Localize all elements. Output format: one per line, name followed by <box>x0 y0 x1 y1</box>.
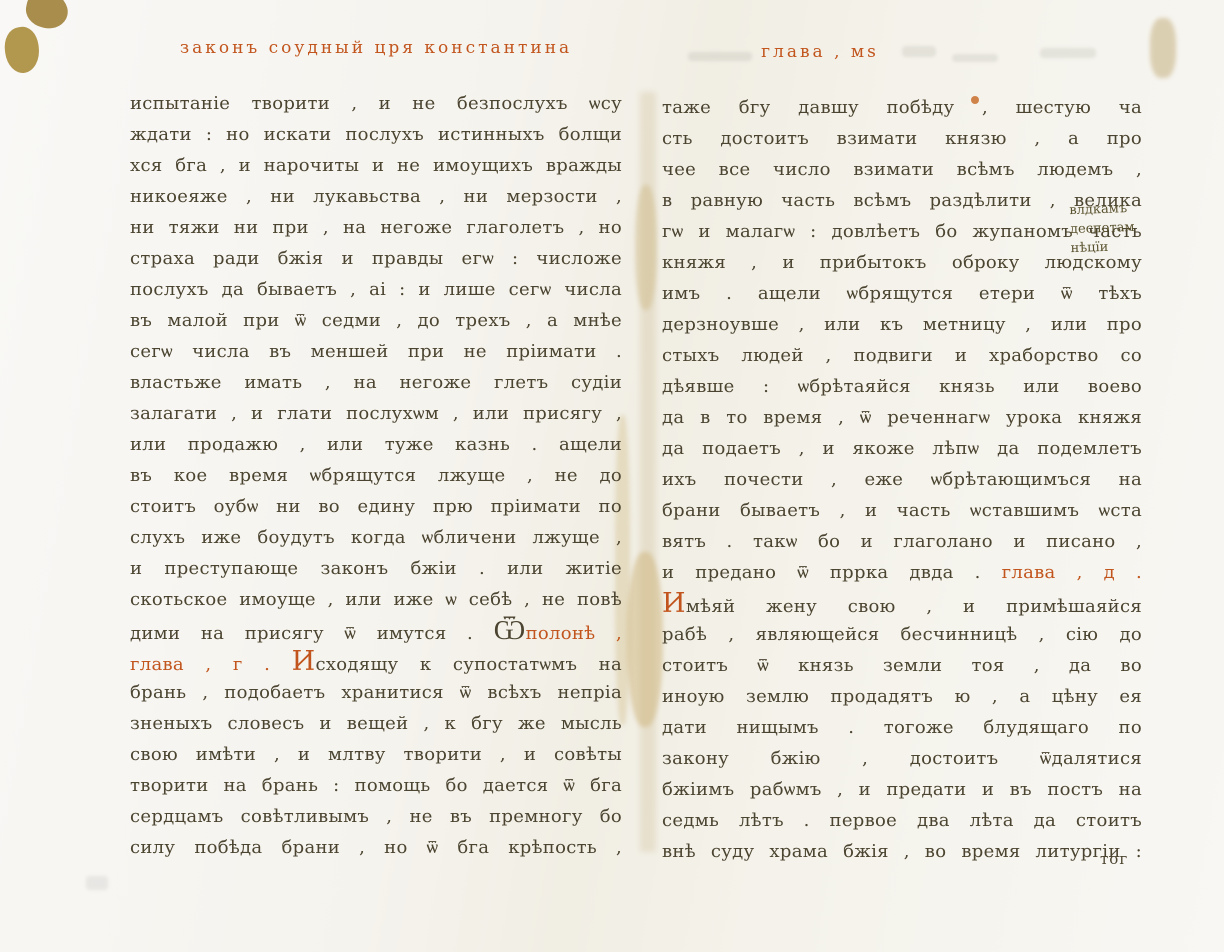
body-text: стыхъ людей , подвиги и храборство со <box>662 345 1142 366</box>
body-text: дѣявше : ѡбрѣтаяйся князь или воево <box>662 376 1142 397</box>
body-text: страха ради бжія и правды егѡ : числоже <box>130 248 622 269</box>
text-line: послухъ да бываетъ , аі : и лише сегѡ чи… <box>130 274 622 305</box>
rubric-text: полонѣ , <box>526 623 622 644</box>
body-text: закону бжію , достоитъ ѿдалятися <box>662 748 1142 769</box>
text-line: дати нищымъ . тогоже блудящаго по <box>662 712 1142 743</box>
body-text: сть достоитъ взимати князю , а про <box>662 128 1142 149</box>
text-line: творити на брань : помощь бо дается ѿ бг… <box>130 770 622 801</box>
text-line: испытаніе творити , и не безпослухъ ѡсу <box>130 88 622 119</box>
body-text: стоитъ ѿ князь земли тоя , да во <box>662 655 1142 676</box>
text-line: сегѡ числа въ меншей при не пріимати . <box>130 336 622 367</box>
body-text: сегѡ числа въ меншей при не пріимати . <box>130 341 622 362</box>
text-line: закону бжію , достоитъ ѿдалятися <box>662 743 1142 774</box>
body-text: брани бываетъ , и часть ѡставшимъ ѡста <box>662 500 1142 521</box>
rubric-text: глава , д . <box>1002 562 1142 583</box>
body-text: сходящу к супостатѡмъ на <box>315 654 622 675</box>
body-text: и предано ѿ пррка двда . <box>662 562 1002 583</box>
body-text: ихъ почести , еже ѡбрѣтающимъся на <box>662 469 1142 490</box>
text-line: имъ . ащели ѡбрящутся етери ѿ тѣхъ <box>662 278 1142 309</box>
body-text: мѣяй жену свою , и примѣшаяйся <box>686 596 1142 617</box>
text-line: бжіимъ рабѡмъ , и предати и въ постъ на <box>662 774 1142 805</box>
body-text: рабѣ , являющейся бесчинницѣ , сію до <box>662 624 1142 645</box>
body-text: послухъ да бываетъ , аі : и лише сегѡ чи… <box>130 279 622 300</box>
text-line: и предано ѿ пррка двда . глава , д . <box>662 557 1142 588</box>
margin-annotation-line: влдкамъ <box>1069 199 1134 220</box>
text-line: хся бга , и нарочиты и не имоущихъ вражд… <box>130 150 622 181</box>
right-page-chapter-heading: глава , мѕ <box>700 42 940 62</box>
body-text: дерзноувше , или къ метницу , или про <box>662 314 1142 335</box>
torn-paper-fragment <box>23 0 72 32</box>
torn-paper-fragment <box>2 25 42 75</box>
body-text: иноую землю продадятъ ю , а цѣну ея <box>662 686 1142 707</box>
rubric-text: И <box>292 646 316 677</box>
text-line: глава , г . Исходящу к супостатѡмъ на <box>130 646 622 677</box>
text-line: въ малой при ѿ седми , до трехъ , а мнѣе <box>130 305 622 336</box>
text-line: силу побѣда брани , но ѿ бга крѣпость , <box>130 832 622 863</box>
text-line: и преступающе законъ бжіи . или житіе <box>130 553 622 584</box>
body-text: властьже имать , на негоже глетъ судіи <box>130 372 622 393</box>
text-line: чее все число взимати всѣмъ людемъ , <box>662 154 1142 185</box>
ink-smudge <box>952 54 998 62</box>
margin-annotation: влдкамъдеспотамнѣцїи <box>1069 199 1135 258</box>
text-line: сердцамъ совѣтливымъ , не въ премногу бо <box>130 801 622 832</box>
body-text: въ малой при ѿ седми , до трехъ , а мнѣе <box>130 310 622 331</box>
gutter-stain <box>635 185 657 310</box>
margin-annotation-line: деспотам <box>1070 218 1135 239</box>
text-line: таже бгу давшу побѣду , шестую ча <box>662 92 1142 123</box>
body-text: никоеяже , ни лукавьства , ни мерзости , <box>130 186 622 207</box>
text-line: ждати : но искати послухъ истинныхъ болщ… <box>130 119 622 150</box>
body-text: брань , подобаетъ хранитися ѿ всѣхъ непр… <box>130 682 622 703</box>
text-line: слухъ иже боудутъ когда ѡбличени лжуще , <box>130 522 622 553</box>
left-page-text-block: испытаніе творити , и не безпослухъ ѡсуж… <box>130 88 622 863</box>
text-line: или продажю , или туже казнь . ащели <box>130 429 622 460</box>
text-line: вятъ . такѡ бо и глаголано и писано , <box>662 526 1142 557</box>
body-text: дими на присягу ѿ имутся . <box>130 623 494 644</box>
text-line: залагати , и глати послухѡм , или присяг… <box>130 398 622 429</box>
text-line: стоитъ ѿ князь земли тоя , да во <box>662 650 1142 681</box>
body-text: творити на брань : помощь бо дается ѿ бг… <box>130 775 622 796</box>
text-line: властьже имать , на негоже глетъ судіи <box>130 367 622 398</box>
text-line: сть достоитъ взимати князю , а про <box>662 123 1142 154</box>
text-line: свою имѣти , и млтву творити , и совѣты <box>130 739 622 770</box>
gutter-stain <box>627 552 663 727</box>
body-text: ни тяжи ни при , на негоже глаголетъ , н… <box>130 217 622 238</box>
ink-smudge <box>86 876 108 890</box>
body-text: имъ . ащели ѡбрящутся етери ѿ тѣхъ <box>662 283 1142 304</box>
text-line: да в то время , ѿ реченнагѡ урока княжя <box>662 402 1142 433</box>
text-line: дѣявше : ѡбрѣтаяйся князь или воево <box>662 371 1142 402</box>
text-line: да подаетъ , и якоже лѣпѡ да подемлетъ <box>662 433 1142 464</box>
body-text: свою имѣти , и млтву творити , и совѣты <box>130 744 622 765</box>
body-text: или продажю , или туже казнь . ащели <box>130 434 622 455</box>
body-text: силу побѣда брани , но ѿ бга крѣпость , <box>130 837 622 858</box>
text-line: брань , подобаетъ хранитися ѿ всѣхъ непр… <box>130 677 622 708</box>
text-line: скотьское имоуще , или иже ѡ себѣ , не п… <box>130 584 622 615</box>
body-text: и преступающе законъ бжіи . или житіе <box>130 558 622 579</box>
text-line: въ кое время ѡбрящутся лжуще , не до <box>130 460 622 491</box>
body-text: сердцамъ совѣтливымъ , не въ премногу бо <box>130 806 622 827</box>
catchword: тог <box>1100 850 1128 868</box>
text-line: никоеяже , ни лукавьства , ни мерзости , <box>130 181 622 212</box>
rubric-text: И <box>662 588 686 619</box>
body-text: седмь лѣтъ . первое два лѣта да стоитъ <box>662 810 1142 831</box>
body-text: стоитъ оубѡ ни во едину прю пріимати по <box>130 496 622 517</box>
body-text: въ кое время ѡбрящутся лжуще , не до <box>130 465 622 486</box>
text-line: дерзноувше , или къ метницу , или про <box>662 309 1142 340</box>
body-text: внѣ суду храма бжія , во время литургіи … <box>662 841 1142 862</box>
body-text: таже бгу давшу побѣду , шестую ча <box>662 97 1142 118</box>
text-line: дими на присягу ѿ имутся . Ѿполонѣ , <box>130 615 622 646</box>
left-page-running-title: законъ соудный цря константина <box>130 38 622 58</box>
body-text: скотьское имоуще , или иже ѡ себѣ , не п… <box>130 589 622 610</box>
page-edge-stain <box>1150 18 1176 78</box>
body-text: дати нищымъ . тогоже блудящаго по <box>662 717 1142 738</box>
margin-annotation-line: нѣцїи <box>1070 237 1135 258</box>
text-line: стыхъ людей , подвиги и храборство со <box>662 340 1142 371</box>
text-line: зненыхъ словесъ и вещей , к бгу же мысль <box>130 708 622 739</box>
body-text: да подаетъ , и якоже лѣпѡ да подемлетъ <box>662 438 1142 459</box>
text-line: ни тяжи ни при , на негоже глаголетъ , н… <box>130 212 622 243</box>
text-line: внѣ суду храма бжія , во время литургіи … <box>662 836 1142 867</box>
text-line: ихъ почести , еже ѡбрѣтающимъся на <box>662 464 1142 495</box>
rubric-text: глава , г . <box>130 654 292 675</box>
body-text: зненыхъ словесъ и вещей , к бгу же мысль <box>130 713 622 734</box>
body-text: бжіимъ рабѡмъ , и предати и въ постъ на <box>662 779 1142 800</box>
body-text: чее все число взимати всѣмъ людемъ , <box>662 159 1142 180</box>
text-line: Имѣяй жену свою , и примѣшаяйся <box>662 588 1142 619</box>
text-line: брани бываетъ , и часть ѡставшимъ ѡста <box>662 495 1142 526</box>
body-text: хся бга , и нарочиты и не имоущихъ вражд… <box>130 155 622 176</box>
text-line: иноую землю продадятъ ю , а цѣну ея <box>662 681 1142 712</box>
body-text: да в то время , ѿ реченнагѡ урока княжя <box>662 407 1142 428</box>
body-text: залагати , и глати послухѡм , или присяг… <box>130 403 622 424</box>
text-line: страха ради бжія и правды егѡ : числоже <box>130 243 622 274</box>
body-text: ждати : но искати послухъ истинныхъ болщ… <box>130 124 622 145</box>
ink-smudge <box>1040 48 1096 58</box>
body-text: испытаніе творити , и не безпослухъ ѡсу <box>130 93 622 114</box>
book-scan: законъ соудный цря константина глава , м… <box>0 0 1224 952</box>
body-text: вятъ . такѡ бо и глаголано и писано , <box>662 531 1142 552</box>
gutter-stain <box>640 92 656 852</box>
text-line: седмь лѣтъ . первое два лѣта да стоитъ <box>662 805 1142 836</box>
text-line: рабѣ , являющейся бесчинницѣ , сію до <box>662 619 1142 650</box>
body-text: слухъ иже боудутъ когда ѡбличени лжуще , <box>130 527 622 548</box>
body-text: Ѿ <box>494 615 526 646</box>
text-line: стоитъ оубѡ ни во едину прю пріимати по <box>130 491 622 522</box>
